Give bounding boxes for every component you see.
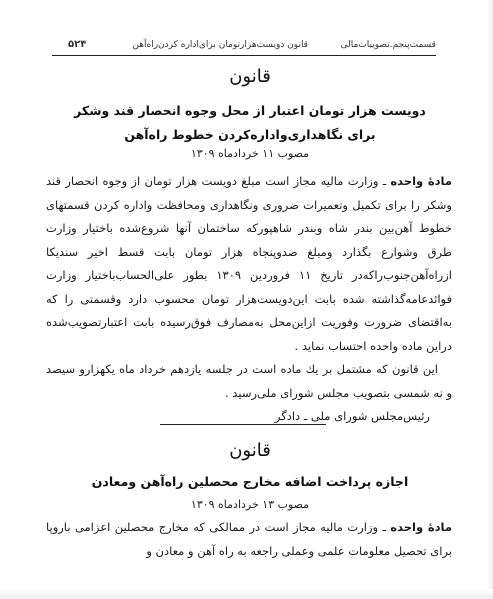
law1-date: مصوب ۱۱ خردادماه ۱۳۰۹ — [40, 147, 460, 160]
law1-title-line1: دویست هزار تومان اعتبار از محل وجوه انحص… — [40, 99, 460, 123]
law1-heading-block: قانون — [40, 66, 460, 87]
page-number: ۵۲۴ — [68, 39, 86, 50]
law1-article: مادهٔ واحده ـ وزارت مالیه مجاز است مبلغ … — [40, 170, 460, 429]
law2-title-block: اجازه پرداخت اضافه مخارج محصلین راه‌آهن … — [40, 470, 460, 511]
page-edge-shadow — [487, 0, 493, 599]
law2-heading: قانون — [40, 440, 460, 461]
law1-article-body: ـ وزارت مالیه مجاز است مبلغ دویست هزار ت… — [46, 174, 452, 353]
running-header-section: قسمت‌پنجم.تصویبات‌مالی — [341, 40, 436, 50]
law2-article: مادهٔ واحده ـ وزارت مالیه مجاز است در مم… — [40, 516, 460, 563]
law2-article-paragraph: مادهٔ واحده ـ وزارت مالیه مجاز است در مم… — [40, 516, 460, 563]
law1-heading: قانون — [40, 66, 460, 87]
document-page: قسمت‌پنجم.تصویبات‌مالی قانون دویست‌هزار‌… — [0, 0, 493, 599]
law2-article-lead: مادهٔ واحده — [390, 520, 452, 534]
law2-date: مصوب ۱۳ خردادماه ۱۳۰۹ — [40, 498, 460, 511]
header-rule — [52, 55, 436, 56]
law1-closing: این قانون که مشتمل بر یك ماده است در جلس… — [40, 358, 460, 405]
running-header-title: قانون دویست‌هزار‌تومان برای‌اداره کردن‌ر… — [132, 40, 308, 50]
section-separator — [160, 424, 326, 425]
law1-article-paragraph: مادهٔ واحده ـ وزارت مالیه مجاز است مبلغ … — [40, 170, 460, 358]
running-header: قسمت‌پنجم.تصویبات‌مالی قانون دویست‌هزار‌… — [52, 36, 436, 54]
law1-article-lead: مادهٔ واحده — [390, 174, 452, 188]
law1-title-line2: برای نگاهداری‌واداره‌کردن خطوط راه‌آهن — [40, 123, 460, 147]
law1-title-block: دویست هزار تومان اعتبار از محل وجوه انحص… — [40, 99, 460, 160]
law2-heading-block: قانون — [40, 440, 460, 461]
page-bottom-shadow — [0, 589, 493, 599]
law2-title: اجازه پرداخت اضافه مخارج محصلین راه‌آهن … — [40, 470, 460, 494]
